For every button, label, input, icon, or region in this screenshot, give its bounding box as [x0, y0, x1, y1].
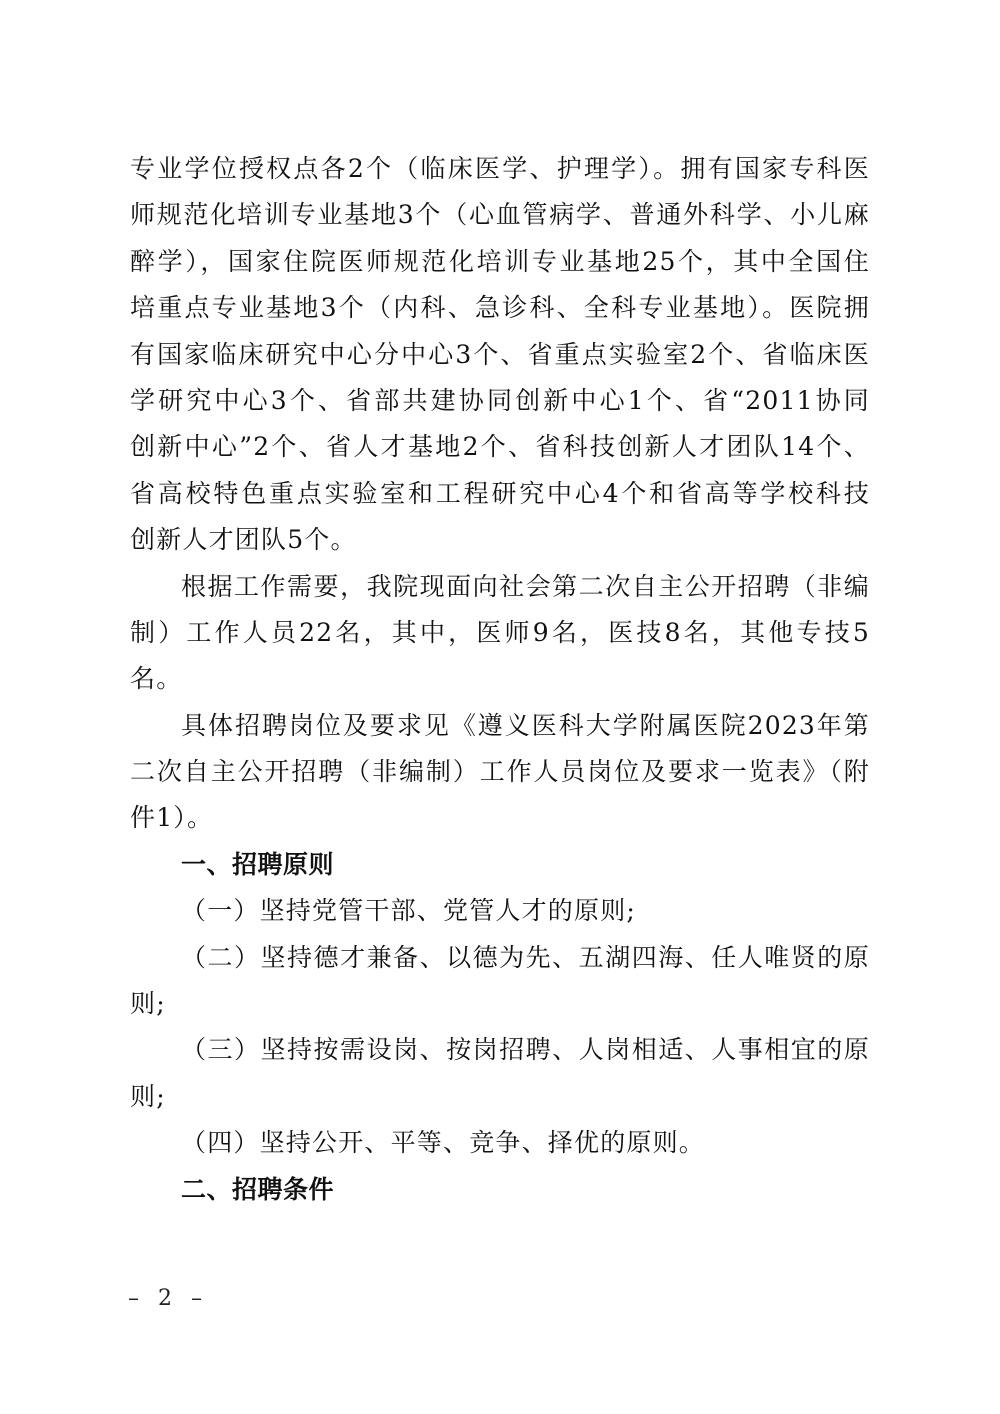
principle-item-3: （三）坚持按需设岗、按岗招聘、人岗相适、人事相宜的原: [130, 1027, 870, 1073]
section-recruitment-principles: 一、招聘原则 （一）坚持党管干部、党管人才的原则; （二）坚持德才兼备、以德为先…: [130, 842, 870, 1167]
text-line: 件1）。: [130, 795, 870, 841]
text-line: 有国家临床研究中心分中心3个、省重点实验室2个、省临床医: [130, 332, 870, 378]
text-line: 创新人才团队5个。: [130, 517, 870, 563]
text-line: 名。: [130, 656, 870, 702]
text-line: 师规范化培训专业基地3个（心血管病学、普通外科学、小儿麻: [130, 192, 870, 238]
paragraph-attachment-reference: 具体招聘岗位及要求见《遵义医科大学附属医院2023年第 二次自主公开招聘（非编制…: [130, 703, 870, 842]
principle-item-2-cont: 则;: [130, 981, 870, 1027]
paragraph-institution-overview: 专业学位授权点各2个（临床医学、护理学）。拥有国家专科医 师规范化培训专业基地3…: [130, 146, 870, 564]
principle-item-2: （二）坚持德才兼备、以德为先、五湖四海、任人唯贤的原: [130, 935, 870, 981]
paragraph-recruitment-count: 根据工作需要，我院现面向社会第二次自主公开招聘（非编 制）工作人员22名，其中，…: [130, 564, 870, 703]
section-heading: 二、招聘条件: [130, 1167, 870, 1213]
text-line: 根据工作需要，我院现面向社会第二次自主公开招聘（非编: [130, 564, 870, 610]
section-heading: 一、招聘原则: [130, 842, 870, 888]
text-line: 具体招聘岗位及要求见《遵义医科大学附属医院2023年第: [130, 703, 870, 749]
principle-item-4: （四）坚持公开、平等、竞争、择优的原则。: [130, 1120, 870, 1166]
text-line: 创新中心”2个、省人才基地2个、省科技创新人才团队14个、: [130, 424, 870, 470]
document-page: 专业学位授权点各2个（临床医学、护理学）。拥有国家专科医 师规范化培训专业基地3…: [130, 146, 870, 1213]
principle-item-1: （一）坚持党管干部、党管人才的原则;: [130, 888, 870, 934]
text-line: 二次自主公开招聘（非编制）工作人员岗位及要求一览表》（附: [130, 749, 870, 795]
text-line: 醉学），国家住院医师规范化培训专业基地25个，其中全国住: [130, 239, 870, 285]
principle-item-3-cont: 则;: [130, 1074, 870, 1120]
text-line: 培重点专业基地3个（内科、急诊科、全科专业基地）。医院拥: [130, 285, 870, 331]
section-recruitment-conditions: 二、招聘条件: [130, 1167, 870, 1213]
text-line: 专业学位授权点各2个（临床医学、护理学）。拥有国家专科医: [130, 146, 870, 192]
page-number: – 2 –: [128, 1286, 208, 1311]
text-line: 学研究中心3个、省部共建协同创新中心1个、省“2011协同: [130, 378, 870, 424]
text-line: 制）工作人员22名，其中，医师9名，医技8名，其他专技5: [130, 610, 870, 656]
text-line: 省高校特色重点实验室和工程研究中心4个和省高等学校科技: [130, 471, 870, 517]
